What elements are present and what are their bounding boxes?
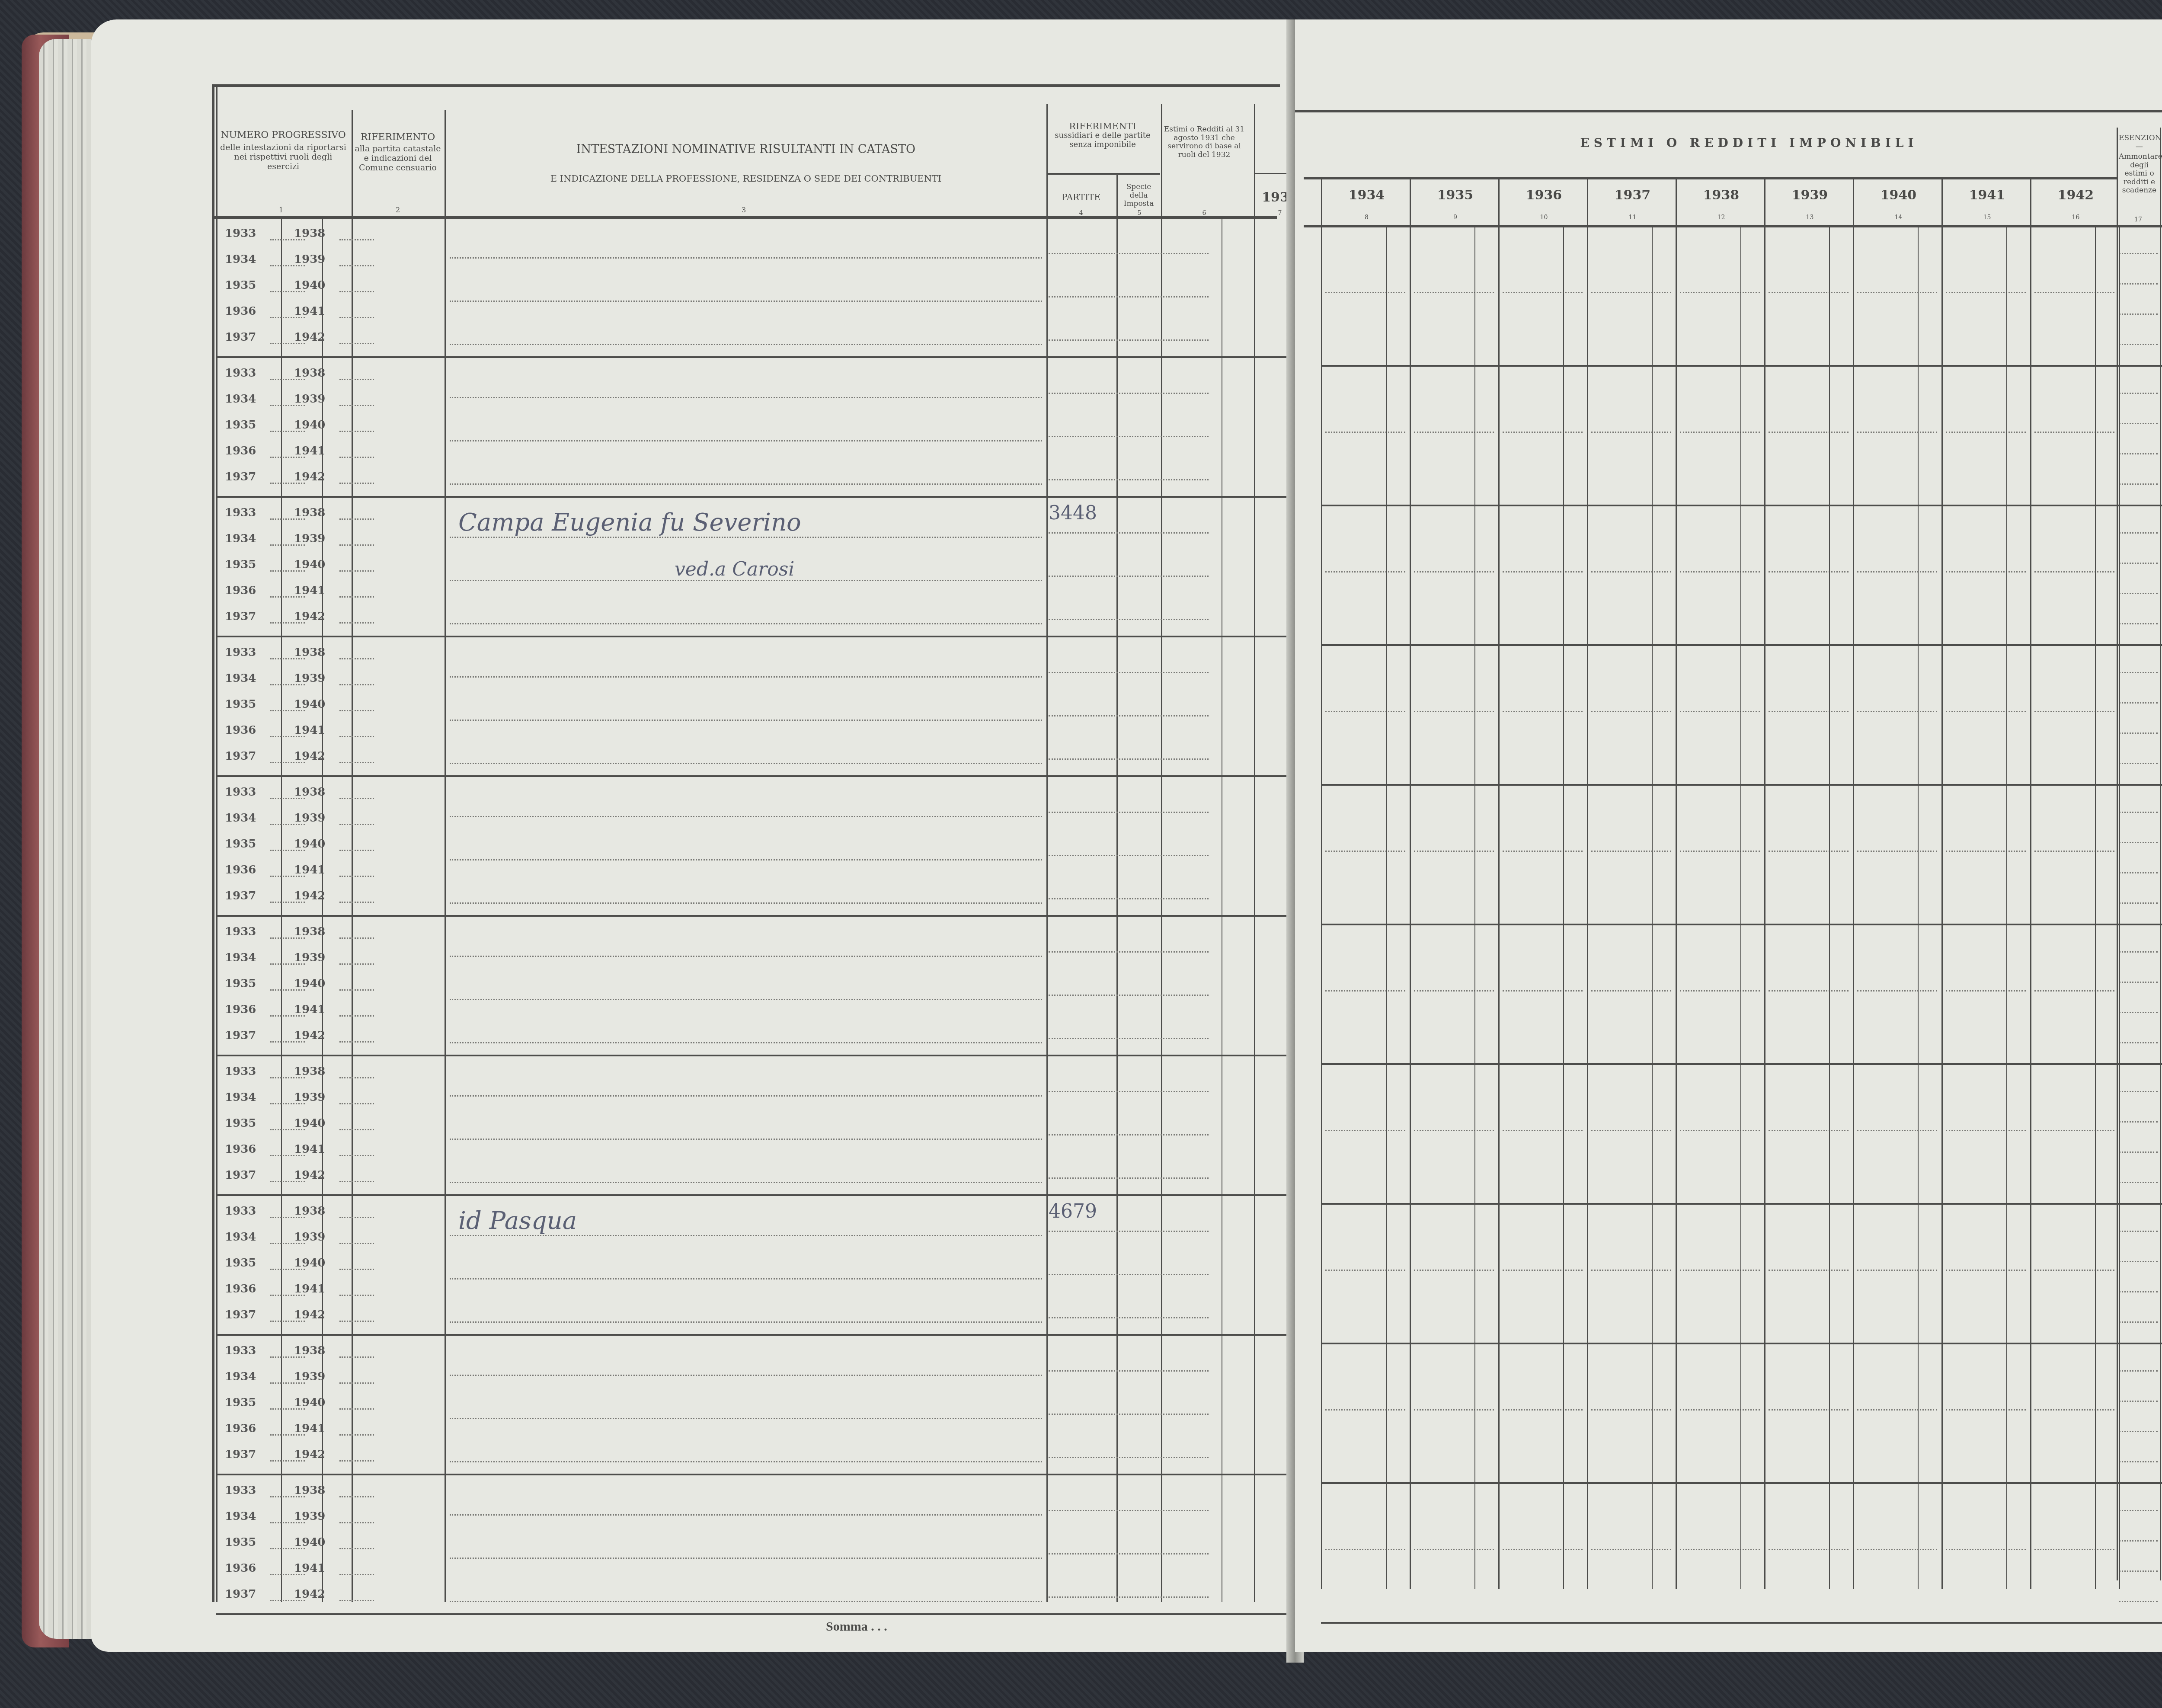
entry-block[interactable]: 1933193819341939193519401936194119371942 [216,218,1327,358]
year-label: 1940 [294,558,325,571]
header-title: RIFERIMENTO [355,132,441,143]
amount-line[interactable] [1503,432,1583,433]
amount-line[interactable] [1591,1130,1671,1131]
esenzioni-line[interactable] [2119,423,2158,424]
blank-line[interactable] [339,1356,374,1358]
column-number: 17 [2132,216,2145,223]
name-line[interactable] [450,1601,1042,1602]
esenzioni-line[interactable] [2119,483,2158,485]
esenzioni-line[interactable] [2119,623,2158,624]
blank-line[interactable] [339,1155,374,1156]
amount-line[interactable] [1769,571,1849,573]
name-line[interactable] [450,816,1042,817]
esenzioni-line[interactable] [2119,1601,2158,1602]
blank-line[interactable] [339,710,374,711]
amount-line[interactable] [1946,1409,2026,1411]
year-label: 1937 [225,1308,256,1321]
amount-line[interactable] [1769,1409,1849,1411]
year-label: 1939 [294,812,325,825]
esenzioni-line[interactable] [2119,1461,2158,1462]
amount-line[interactable] [1769,1549,1849,1550]
esenzioni-line[interactable] [2119,1370,2158,1372]
amount-line[interactable] [1325,1409,1405,1411]
blank-line[interactable] [339,1321,374,1322]
year-label: 1933 [225,506,256,519]
esenzioni-line[interactable] [2119,1510,2158,1511]
partita-line[interactable] [1049,855,1209,856]
amount-line[interactable] [2034,990,2114,992]
entry-block[interactable]: 1933193819341939193519401936194119371942 [216,1336,1327,1475]
partita-line[interactable] [1049,1510,1209,1511]
blank-line[interactable] [339,762,374,763]
blank-line[interactable] [339,1522,374,1523]
esenzioni-line[interactable] [2119,763,2158,764]
column-number: 12 [1677,214,1765,221]
esenzioni-line[interactable] [2119,812,2158,813]
blank-line[interactable] [339,1041,374,1043]
name-line[interactable] [450,1558,1042,1559]
partita-line[interactable] [1049,532,1209,534]
amount-line[interactable] [1591,1270,1671,1271]
ledger-left-page: NUMERO PROGRESSIVO delle intestazioni da… [91,19,1293,1652]
name-line[interactable] [450,1042,1042,1043]
year-label: 1940 [294,279,325,292]
amount-line[interactable] [1503,292,1583,293]
amount-line[interactable] [1414,1409,1494,1411]
esenzioni-line[interactable] [2119,1540,2158,1542]
amount-line[interactable] [2034,851,2114,852]
year-label: 1939 [294,672,325,685]
name-line[interactable] [450,537,1042,538]
blank-line[interactable] [339,431,374,432]
year-label: 1940 [294,698,325,711]
entry-block[interactable]: 1933193819341939193519401936194119371942 [216,777,1327,917]
name-line[interactable] [450,483,1042,485]
amount-line[interactable] [1591,1549,1671,1550]
amount-line[interactable] [1591,292,1671,293]
amount-line[interactable] [1680,851,1760,852]
year-label: 1939 [294,1510,325,1523]
partita-line[interactable] [1049,1317,1209,1318]
amount-line[interactable] [1414,292,1494,293]
amount-line[interactable] [1857,1130,1937,1131]
year-label: 1942 [294,1308,325,1321]
amount-line[interactable] [1946,292,2026,293]
amount-line[interactable] [1680,432,1760,433]
amount-line[interactable] [1857,851,1937,852]
name-line[interactable] [450,344,1042,345]
column-number: 3 [731,206,757,214]
amount-line[interactable] [1414,1270,1494,1271]
blank-line[interactable] [339,1103,374,1104]
amount-line[interactable] [2034,292,2114,293]
year-label: 1936 [225,1422,256,1435]
blank-line[interactable] [339,1077,374,1078]
amount-line[interactable] [1414,990,1494,992]
amount-line[interactable] [1414,851,1494,852]
name-line[interactable] [450,1321,1042,1323]
name-line[interactable] [450,301,1042,302]
amount-line[interactable] [1591,1409,1671,1411]
partita-line[interactable] [1049,1231,1209,1232]
name-line[interactable] [450,1278,1042,1279]
esenzioni-line[interactable] [2119,1261,2158,1262]
partita-line[interactable] [1049,1553,1209,1554]
year-label: 1942 [294,610,325,623]
year-label: 1937 [225,1029,256,1042]
amount-line[interactable] [1857,1549,1937,1550]
blank-line[interactable] [339,736,374,737]
esenzioni-line[interactable] [2119,532,2158,534]
partita-line[interactable] [1049,436,1209,437]
blank-line[interactable] [339,457,374,458]
amount-line[interactable] [1857,432,1937,433]
year-label: 1935 [225,1396,256,1409]
amount-line[interactable] [1680,990,1760,992]
year-label: 1940 [294,977,325,990]
blank-line[interactable] [339,483,374,484]
year-label: 1941 [1943,188,2031,203]
name-line[interactable] [450,1514,1042,1516]
esenzioni-line[interactable] [2119,1321,2158,1323]
partita-line[interactable] [1049,1596,1209,1598]
blank-line[interactable] [339,1129,374,1130]
column-number: 15 [1943,214,2031,221]
year-label: 1938 [294,786,325,799]
amount-line[interactable] [1503,1409,1583,1411]
column-number: 10 [1500,214,1588,221]
entry-block[interactable]: 1933193819341939193519401936194119371942 [216,358,1327,498]
amount-line[interactable] [1591,711,1671,712]
blank-line[interactable] [339,937,374,939]
entry-block[interactable]: 1933193819341939193519401936194119371942 [216,637,1327,777]
amount-line[interactable] [1503,851,1583,852]
esenzioni-line[interactable] [2119,902,2158,904]
name-line[interactable] [450,720,1042,721]
amount-line[interactable] [1591,851,1671,852]
name-line[interactable] [450,397,1042,398]
header-title: ESENZIONI [2119,134,2160,143]
name-line[interactable] [450,1375,1042,1376]
blank-line[interactable] [339,684,374,685]
year-label: 1935 [225,977,256,990]
blank-line[interactable] [339,1408,374,1410]
amount-line[interactable] [1591,990,1671,992]
entry-block[interactable]: 1933193819341939193519401936194119371942… [216,498,1327,637]
amount-line[interactable] [1946,1549,2026,1550]
blank-line[interactable] [339,658,374,659]
esenzioni-line[interactable] [2119,1431,2158,1432]
amount-line[interactable] [1414,1549,1494,1550]
partita-line[interactable] [1049,715,1209,716]
esenzioni-line[interactable] [2119,563,2158,564]
esenzioni-line[interactable] [2119,344,2158,345]
amount-line[interactable] [1325,571,1405,573]
blank-line[interactable] [339,570,374,572]
blank-line[interactable] [339,850,374,851]
blank-line[interactable] [339,1460,374,1462]
blank-line[interactable] [339,343,374,344]
esenzioni-line[interactable] [2119,253,2158,254]
esenzioni-line[interactable] [2119,453,2158,454]
blank-line[interactable] [339,1574,374,1575]
amount-line[interactable] [2034,711,2114,712]
amount-line[interactable] [1680,1270,1760,1271]
amount-line[interactable] [1680,711,1760,712]
name-line[interactable] [450,1418,1042,1419]
esenzioni-line[interactable] [2119,1231,2158,1232]
handwritten-partita-number: 3448 [1049,502,1097,524]
entry-block[interactable]: 1933193819341939193519401936194119371942… [216,1196,1327,1336]
esenzioni-line[interactable] [2119,313,2158,315]
name-line[interactable] [450,859,1042,860]
name-line[interactable] [450,956,1042,957]
amount-line[interactable] [1680,1409,1760,1411]
esenzioni-line[interactable] [2119,1570,2158,1572]
esenzioni-line[interactable] [2119,1182,2158,1183]
year-label: 1942 [294,1588,325,1601]
partita-line[interactable] [1049,479,1209,480]
amount-line[interactable] [1325,1270,1405,1271]
amount-line[interactable] [1325,1130,1405,1131]
year-label: 1942 [294,470,325,483]
amount-line[interactable] [1946,1130,2026,1131]
blank-line[interactable] [339,1269,374,1270]
esenzioni-line[interactable] [2119,672,2158,673]
amount-line[interactable] [1680,1549,1760,1550]
partita-line[interactable] [1049,1414,1209,1415]
year-label: 1939 [294,393,325,406]
amount-line[interactable] [1503,711,1583,712]
blank-line[interactable] [339,596,374,598]
year-label: 1937 [225,610,256,623]
entry-block[interactable]: 1933193819341939193519401936194119371942 [216,1056,1327,1196]
year-label: 1938 [294,1344,325,1357]
amount-line[interactable] [1769,1130,1849,1131]
partita-line[interactable] [1049,1177,1209,1179]
year-label: 1940 [294,1536,325,1549]
amount-line[interactable] [1414,711,1494,712]
amount-line[interactable] [1769,292,1849,293]
year-column-header: 19348 [1321,179,1411,225]
blank-line[interactable] [339,824,374,825]
blank-line[interactable] [339,876,374,877]
year-label: 1939 [294,1231,325,1244]
blank-line[interactable] [339,265,374,266]
amount-line[interactable] [1857,990,1937,992]
partita-line[interactable] [1049,812,1209,813]
year-label: 1935 [225,1117,256,1130]
partita-line[interactable] [1049,1038,1209,1039]
name-line[interactable] [450,1095,1042,1097]
partita-line[interactable] [1049,339,1209,341]
esenzioni-line[interactable] [2119,872,2158,873]
blank-line[interactable] [339,1181,374,1182]
blank-line[interactable] [339,544,374,546]
year-label: 1937 [225,1448,256,1461]
amount-line[interactable] [1769,432,1849,433]
amount-line[interactable] [1325,1549,1405,1550]
amount-line[interactable] [2034,1409,2114,1411]
amount-line[interactable] [1414,432,1494,433]
year-label: 1939 [294,1091,325,1104]
amount-line[interactable] [1503,990,1583,992]
esenzioni-line[interactable] [2119,1091,2158,1092]
row-divider [1321,1343,2162,1344]
amount-line[interactable] [1591,432,1671,433]
year-label: 1933 [225,786,256,799]
name-line[interactable] [450,902,1042,904]
esenzioni-line[interactable] [2119,1042,2158,1043]
amount-line[interactable] [1680,292,1760,293]
amount-line[interactable] [1325,990,1405,992]
amount-line[interactable] [1946,990,2026,992]
amount-line[interactable] [2034,1130,2114,1131]
amount-line[interactable] [1325,851,1405,852]
name-line[interactable] [450,623,1042,624]
amount-line[interactable] [1769,711,1849,712]
blank-line[interactable] [339,1434,374,1436]
amount-line[interactable] [1325,432,1405,433]
name-line[interactable] [450,1139,1042,1140]
amount-line[interactable] [1857,292,1937,293]
partita-line[interactable] [1049,1457,1209,1458]
amount-line[interactable] [1503,1549,1583,1550]
amount-line[interactable] [2034,432,2114,433]
name-line[interactable] [450,440,1042,441]
amount-line[interactable] [1414,571,1494,573]
blank-line[interactable] [339,622,374,624]
esenzioni-line[interactable] [2119,1012,2158,1013]
partita-line[interactable] [1049,393,1209,394]
blank-line[interactable] [339,1496,374,1497]
amount-line[interactable] [1325,711,1405,712]
blank-line[interactable] [339,798,374,799]
blank-line[interactable] [339,1015,374,1017]
blank-line[interactable] [339,1295,374,1296]
year-column-header: 193913 [1764,179,1854,225]
amount-line[interactable] [1946,571,2026,573]
esenzioni-line[interactable] [2119,393,2158,394]
amount-line[interactable] [1414,1130,1494,1131]
name-line[interactable] [450,1182,1042,1183]
amount-line[interactable] [1591,571,1671,573]
amount-line[interactable] [1769,990,1849,992]
partita-line[interactable] [1049,1274,1209,1275]
name-line[interactable] [450,1235,1042,1236]
esenzioni-line[interactable] [2119,283,2158,285]
row-divider [1321,505,2162,506]
year-label: 1935 [225,838,256,851]
amount-line[interactable] [1769,1270,1849,1271]
amount-line[interactable] [1946,851,2026,852]
row-divider [1321,1482,2162,1484]
partita-line[interactable] [1049,898,1209,899]
blank-line[interactable] [339,405,374,406]
partita-line[interactable] [1049,576,1209,577]
handwritten-name: id Pasqua [458,1207,577,1235]
amount-line[interactable] [1325,292,1405,293]
blank-line[interactable] [339,379,374,380]
name-line[interactable] [450,763,1042,764]
partita-line[interactable] [1049,253,1209,254]
blank-line[interactable] [339,1382,374,1384]
partita-line[interactable] [1049,951,1209,953]
partita-line[interactable] [1049,296,1209,297]
entry-block[interactable]: 1933193819341939193519401936194119371942 [216,1475,1327,1615]
blank-line[interactable] [339,518,374,520]
amount-line[interactable] [2034,1549,2114,1550]
blank-line[interactable] [339,963,374,965]
amount-line[interactable] [1503,1270,1583,1271]
blank-line[interactable] [339,291,374,292]
amount-line[interactable] [2034,571,2114,573]
amount-line[interactable] [1857,711,1937,712]
blank-line[interactable] [339,989,374,991]
amount-line[interactable] [1503,1130,1583,1131]
esenzioni-line[interactable] [2119,951,2158,953]
partita-line[interactable] [1049,1134,1209,1135]
esenzioni-line[interactable] [2119,702,2158,704]
amount-line[interactable] [1857,1270,1937,1271]
partita-line[interactable] [1049,1370,1209,1372]
partita-line[interactable] [1049,619,1209,620]
amount-line[interactable] [1680,571,1760,573]
esenzioni-line[interactable] [2119,1401,2158,1402]
amount-line[interactable] [1946,432,2026,433]
year-label: 1939 [294,532,325,545]
partita-line[interactable] [1049,672,1209,673]
esenzioni-line[interactable] [2119,1151,2158,1153]
esenzioni-line[interactable] [2119,593,2158,594]
esenzioni-line[interactable] [2119,732,2158,734]
partita-line[interactable] [1049,758,1209,760]
name-line[interactable] [450,1461,1042,1462]
esenzioni-line[interactable] [2119,1121,2158,1123]
amount-line[interactable] [1857,571,1937,573]
year-label: 1936 [225,445,256,457]
esenzioni-line[interactable] [2119,1291,2158,1292]
name-line[interactable] [450,676,1042,678]
blank-line[interactable] [339,1217,374,1218]
esenzioni-line[interactable] [2119,982,2158,983]
year-label: 1939 [1765,188,1854,203]
blank-line[interactable] [339,317,374,318]
header-subtitle: E INDICAZIONE DELLA PROFESSIONE, RESIDEN… [450,173,1042,184]
blank-line[interactable] [339,1243,374,1244]
partita-line[interactable] [1049,1091,1209,1092]
blank-line[interactable] [339,1548,374,1549]
year-label: 1937 [225,1169,256,1182]
blank-line[interactable] [339,902,374,903]
esenzioni-line[interactable] [2119,842,2158,843]
partita-line[interactable] [1049,995,1209,996]
blank-line[interactable] [339,1600,374,1601]
year-label: 1933 [225,1344,256,1357]
amount-line[interactable] [1769,851,1849,852]
amount-line[interactable] [1857,1409,1937,1411]
amount-line[interactable] [1680,1130,1760,1131]
amount-line[interactable] [1503,571,1583,573]
header-subtitle: sussidiari e delle partite senza imponib… [1049,131,1157,149]
amount-line[interactable] [2034,1270,2114,1271]
entry-block[interactable]: 1933193819341939193519401936194119371942 [216,917,1327,1056]
amount-line[interactable] [1946,1270,2026,1271]
blank-line[interactable] [339,239,374,240]
name-line[interactable] [450,999,1042,1000]
name-line[interactable] [450,257,1042,259]
amount-line[interactable] [1946,711,2026,712]
